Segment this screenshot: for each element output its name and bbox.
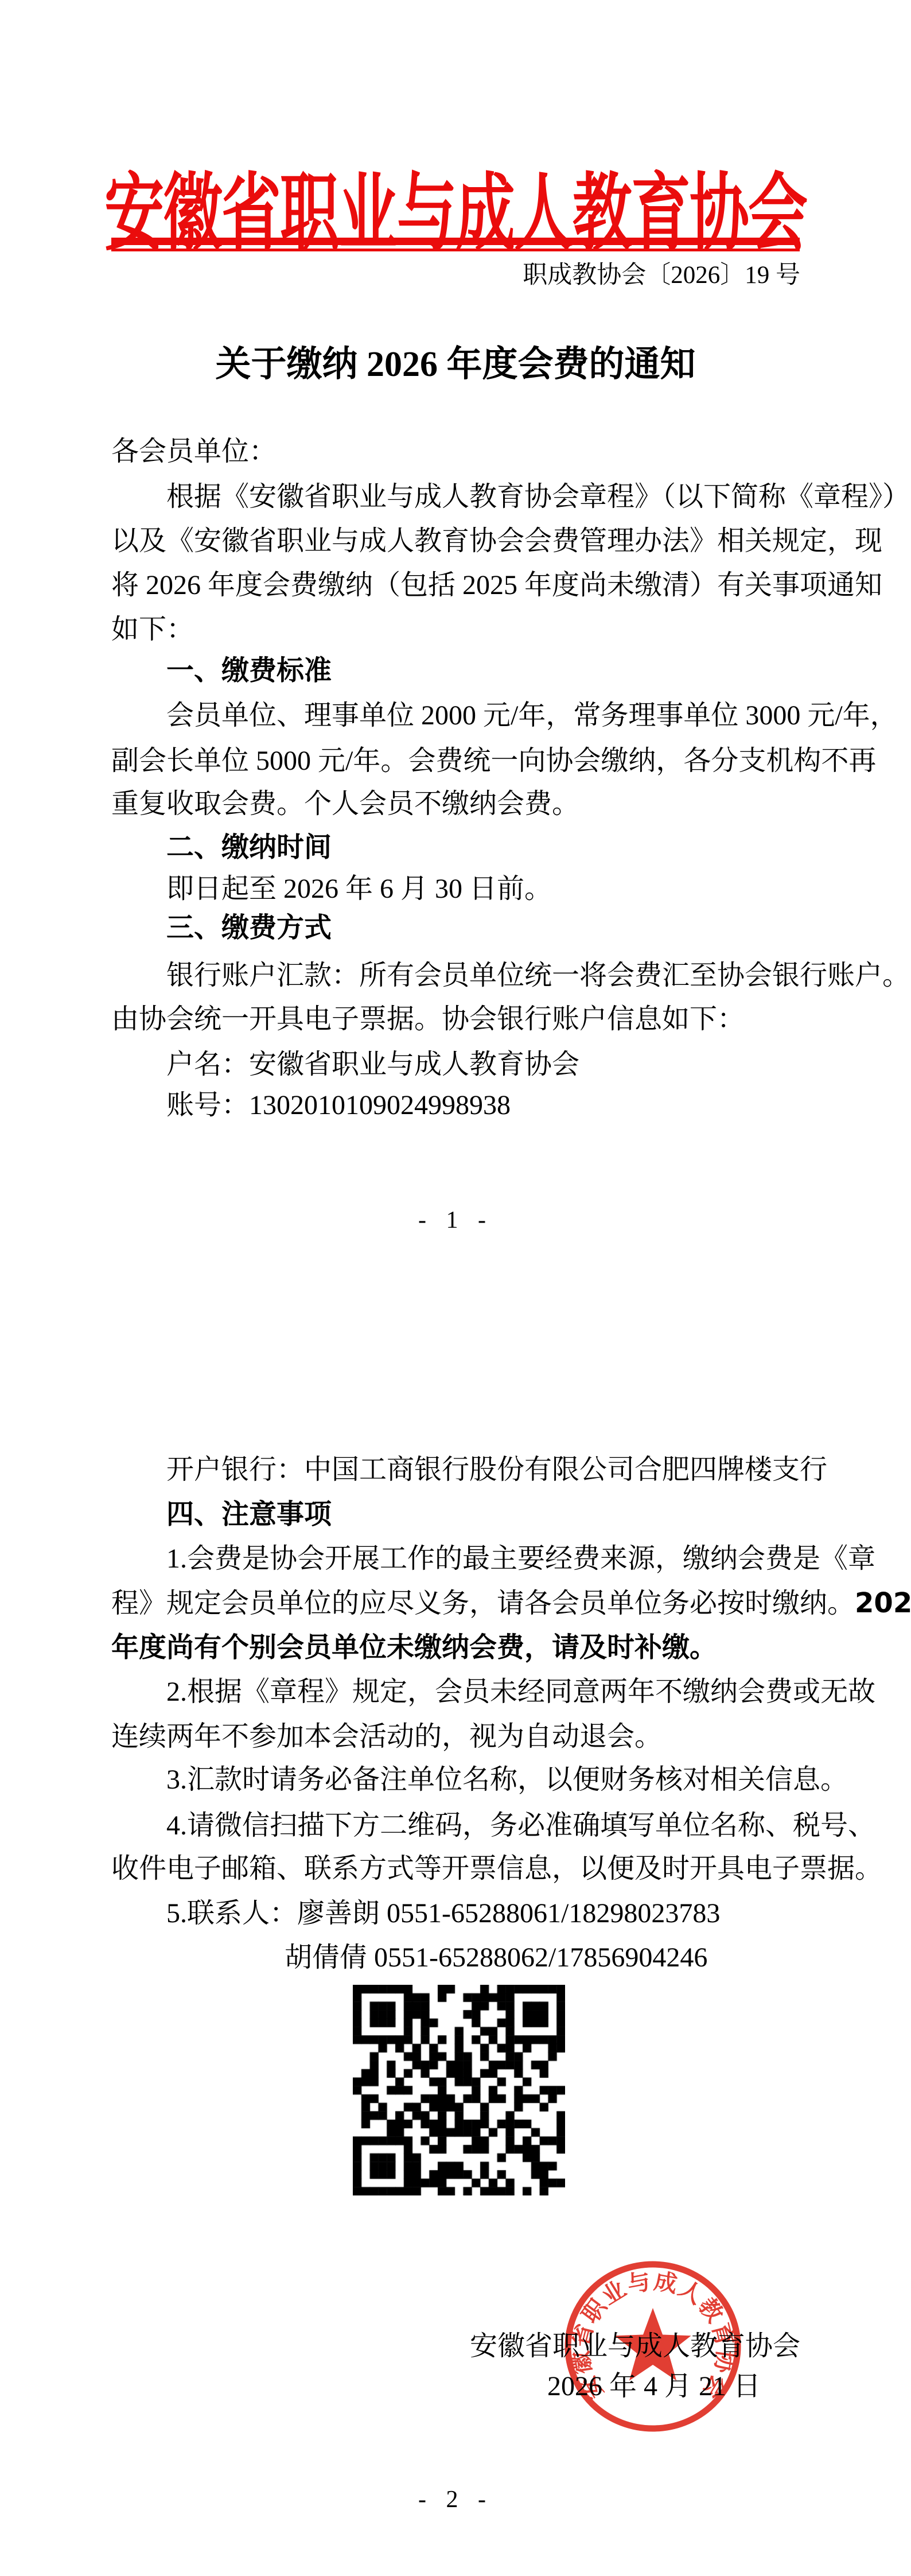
note-item-4-line-1: 4.请微信扫描下方二维码，务必准确填写单位名称、税号、 <box>166 1803 875 1848</box>
section-1-heading: 一、缴费标准 <box>166 649 332 693</box>
salutation: 各会员单位： <box>111 429 277 474</box>
pay-deadline-line: 即日起至 2026 年 6 月 30 日前。 <box>166 867 552 911</box>
bank-transfer-line-2: 由协会统一开具电子票据。协会银行账户信息如下： <box>111 997 745 1041</box>
section-2-heading: 二、缴纳时间 <box>166 825 332 870</box>
fee-standard-line-2: 副会长单位 5000 元/年。会费统一向协会缴纳，各分支机构不再 <box>111 739 876 783</box>
contact-line-2: 胡倩倩 0551-65288062/17856904246 <box>285 1935 707 1980</box>
signature-org: 安徽省职业与成人教育协会 <box>470 2324 800 2368</box>
fee-standard-line-1: 会员单位、理事单位 2000 元/年，常务理事单位 3000 元/年， <box>166 693 898 738</box>
notice-title: 关于缴纳 2026 年度会费的通知 <box>0 343 911 386</box>
red-separator-thin <box>111 249 800 251</box>
page-2-footer: - 2 - <box>0 2485 911 2515</box>
intro-line-3: 将 2026 年度会费缴纳（包括 2025 年度尚未缴清）有关事项通知 <box>111 563 882 607</box>
notice-document: 安徽省职业与成人教育协会 职成教协会〔2026〕19 号 关于缴纳 2026 年… <box>0 0 911 2576</box>
intro-line-1: 根据《安徽省职业与成人教育协会章程》（以下简称《章程》） <box>166 475 910 519</box>
bank-transfer-line-1: 银行账户汇款：所有会员单位统一将会费汇至协会银行账户。 <box>166 953 910 998</box>
fee-standard-line-3: 重复收取会费。个人会员不缴纳会费。 <box>111 782 579 826</box>
note-item-1-line-3: 年度尚有个别会员单位未缴纳会费，请及时补缴。 <box>111 1625 717 1670</box>
account-number-line: 账号：1302010109024998938 <box>166 1083 511 1127</box>
section-3-heading: 三、缴费方式 <box>166 906 332 950</box>
qr-code-image <box>353 1985 565 2195</box>
page-1: 安徽省职业与成人教育协会 职成教协会〔2026〕19 号 关于缴纳 2026 年… <box>0 0 911 1288</box>
note-item-1-line-2-normal: 程》规定会员单位的应尽义务，请各会员单位务必按时缴纳。 <box>111 1588 855 1619</box>
intro-line-4: 如下： <box>111 607 194 651</box>
section-4-heading: 四、注意事项 <box>166 1492 332 1537</box>
note-item-4-line-2: 收件电子邮箱、联系方式等开票信息，以便及时开具电子票据。 <box>111 1846 882 1891</box>
page-1-footer: - 1 - <box>0 1205 911 1235</box>
note-item-1-line-1: 1.会费是协会开展工作的最主要经费来源，缴纳会费是《章 <box>166 1537 875 1581</box>
contact-line-1: 5.联系人：廖善朗 0551-65288061/18298023783 <box>166 1891 720 1935</box>
qr-code <box>353 1985 565 2195</box>
bank-branch-line: 开户银行：中国工商银行股份有限公司合肥四牌楼支行 <box>166 1448 827 1492</box>
note-item-2-line-1: 2.根据《章程》规定，会员未经同意两年不缴纳会费或无故 <box>166 1670 875 1714</box>
doc-number: 职成教协会〔2026〕19 号 <box>523 259 800 292</box>
page-2: 开户银行：中国工商银行股份有限公司合肥四牌楼支行 四、注意事项 1.会费是协会开… <box>0 1288 911 2576</box>
signature-date: 2026 年 4 月 21 日 <box>511 2364 797 2408</box>
note-item-2-line-2: 连续两年不参加本会活动的，视为自动退会。 <box>111 1714 662 1759</box>
intro-line-2: 以及《安徽省职业与成人教育协会会费管理办法》相关规定，现 <box>111 519 882 563</box>
note-item-3-line-1: 3.汇款时请务必备注单位名称，以便财务核对相关信息。 <box>166 1758 848 1802</box>
note-item-1-line-2: 程》规定会员单位的应尽义务，请各会员单位务必按时缴纳。2025 <box>111 1581 911 1625</box>
red-separator-thick <box>111 238 800 245</box>
account-name-line: 户名：安徽省职业与成人教育协会 <box>166 1042 579 1087</box>
note-item-1-line-2-bold: 2025 <box>855 1587 911 1619</box>
